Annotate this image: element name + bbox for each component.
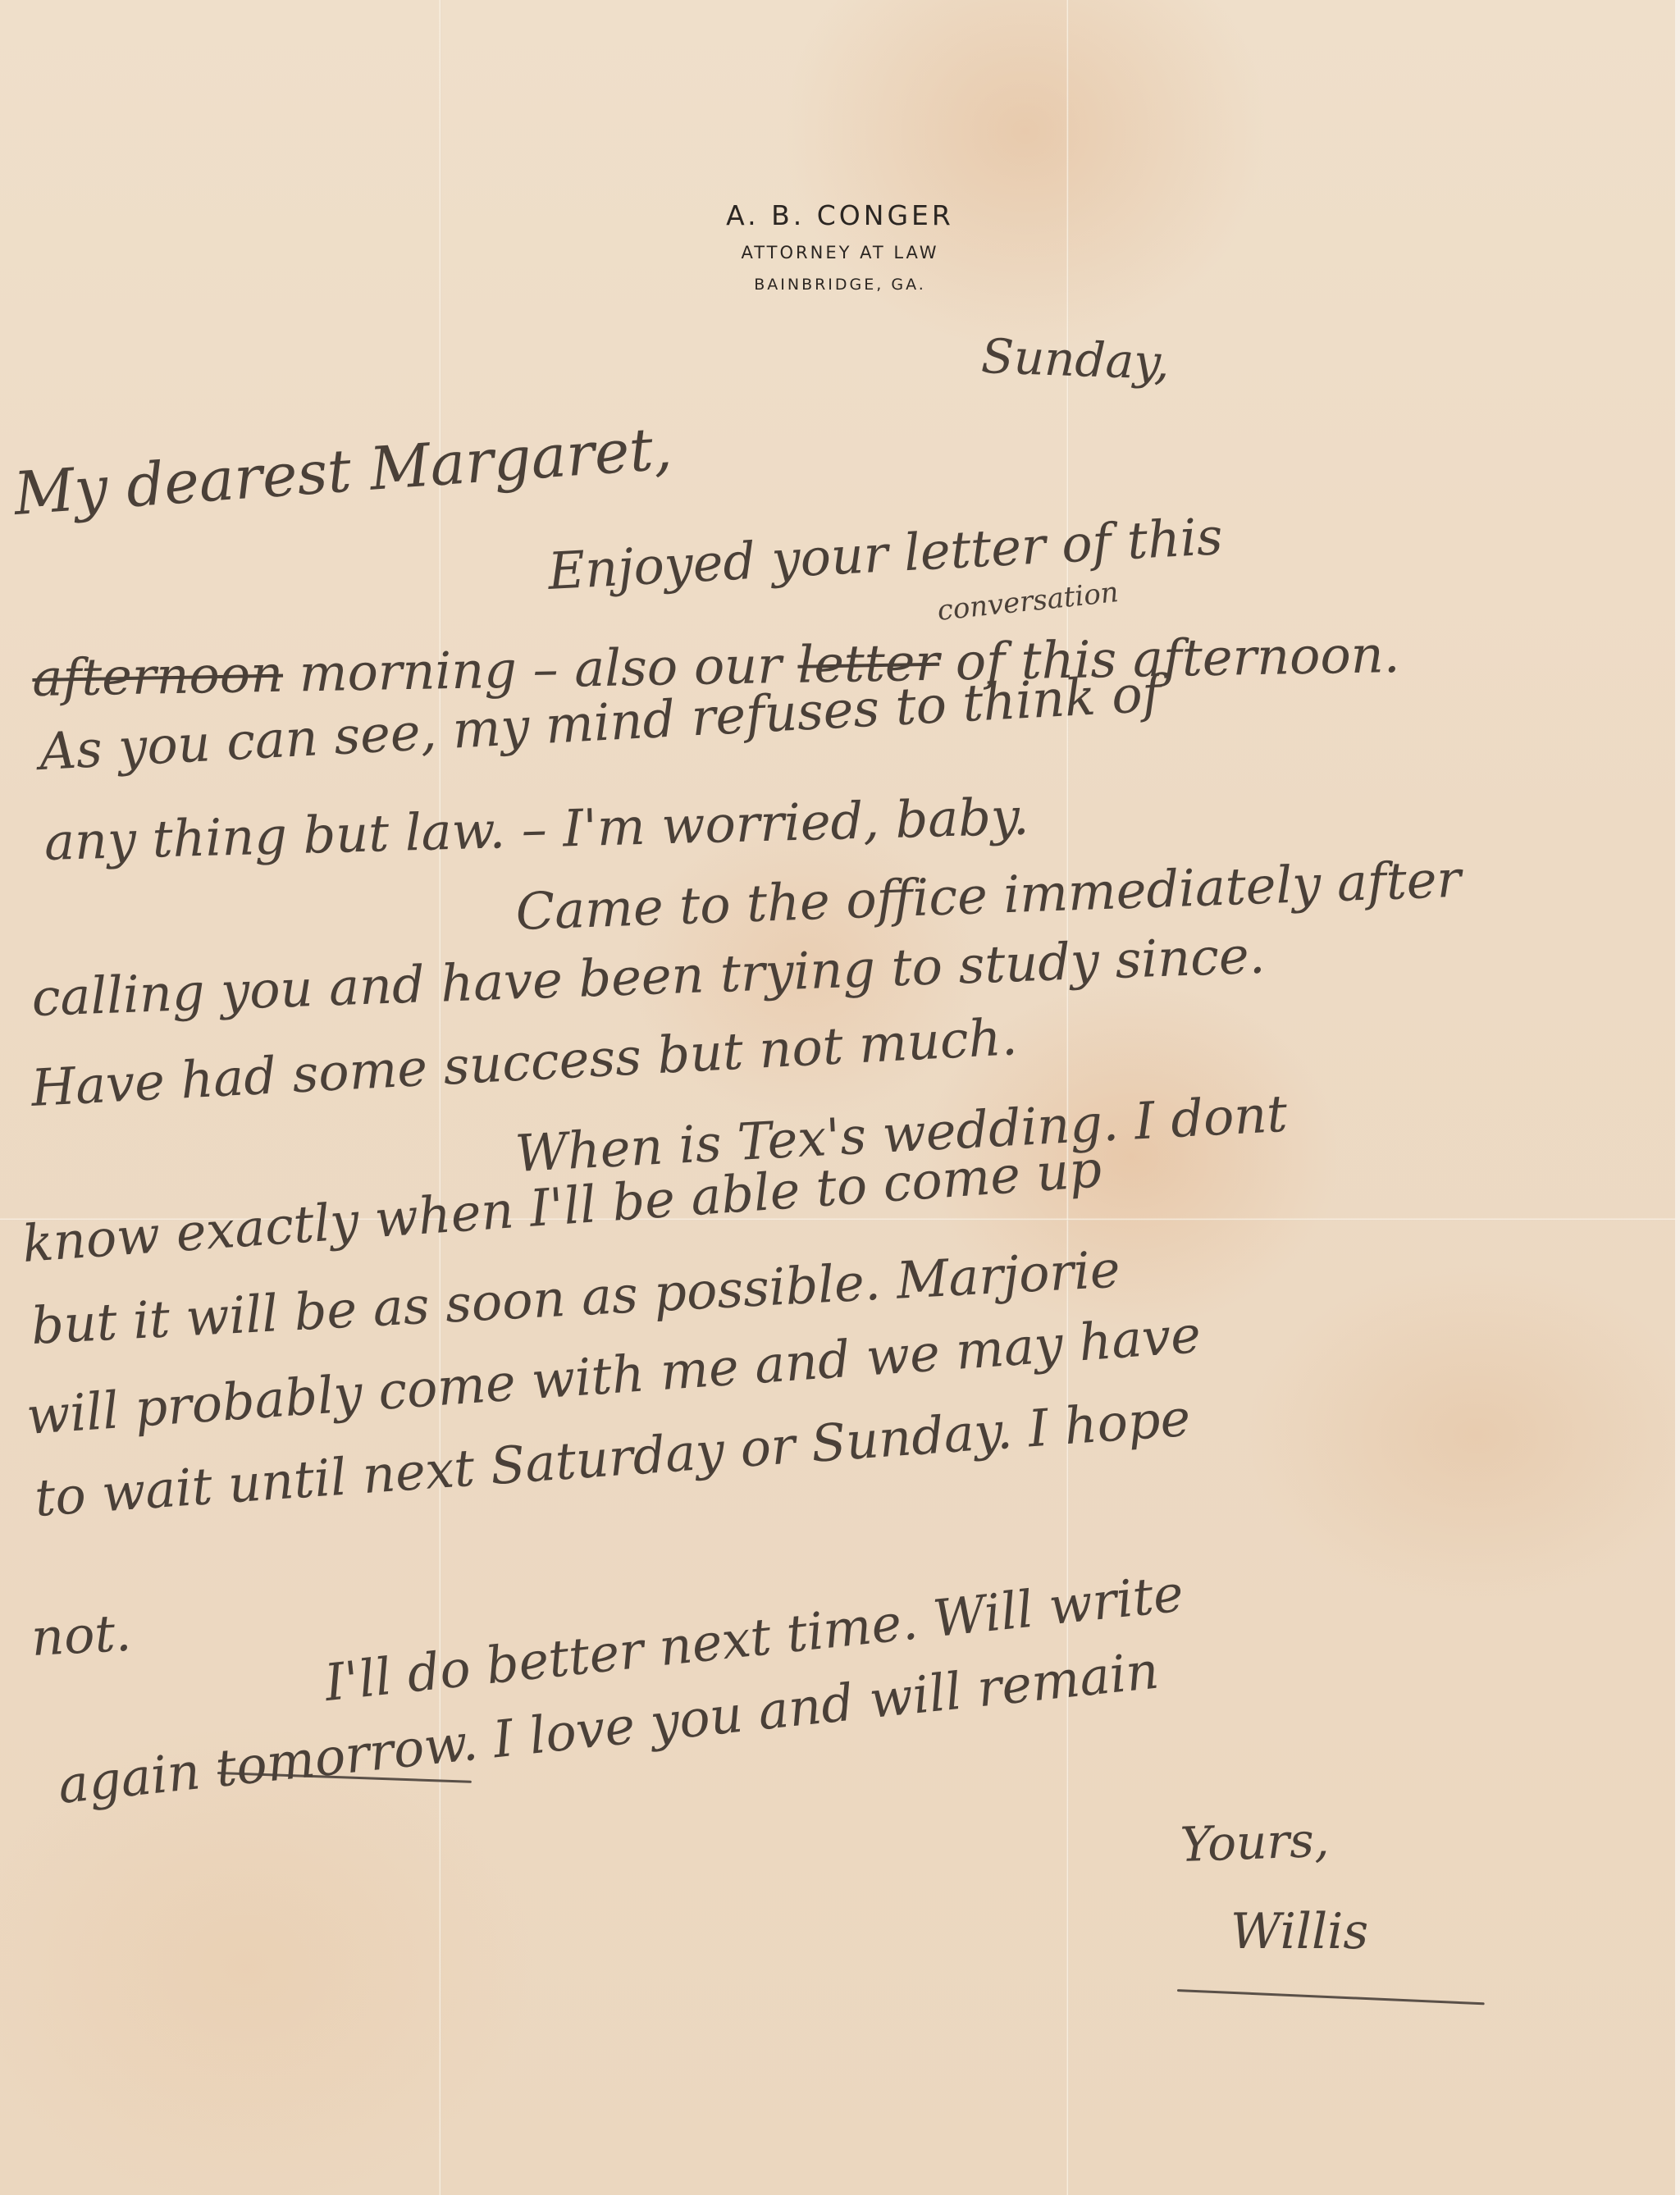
salutation: My dearest Margaret, [11, 413, 674, 528]
line-7: Have had some success but not much. [30, 1006, 1019, 1118]
letterhead-location: BAINBRIDGE, GA. [0, 276, 1680, 294]
line-1-insertion: conversation [936, 576, 1121, 627]
struck-word: afternoon [32, 644, 284, 708]
signature-underline [1177, 1989, 1485, 2005]
line-13: not. [30, 1603, 133, 1668]
paper-edge [1675, 0, 1680, 2195]
line-4: any thing but law. – I'm worried, baby. [43, 787, 1029, 872]
closing: Yours, [1180, 1812, 1331, 1873]
line-6: calling you and have been trying to stud… [30, 925, 1266, 1028]
letter-date: Sunday, [980, 328, 1171, 390]
letter-page: A. B. CONGER ATTORNEY AT LAW BAINBRIDGE,… [0, 0, 1680, 2195]
letterhead-name: A. B. CONGER [0, 199, 1680, 231]
vertical-fold-left [439, 0, 441, 2195]
line-5: Came to the office immediately after [514, 849, 1462, 942]
letterhead-title: ATTORNEY AT LAW [0, 243, 1680, 262]
line-1: Enjoyed your letter of this [546, 506, 1224, 601]
signature: Willis [1230, 1903, 1368, 1960]
